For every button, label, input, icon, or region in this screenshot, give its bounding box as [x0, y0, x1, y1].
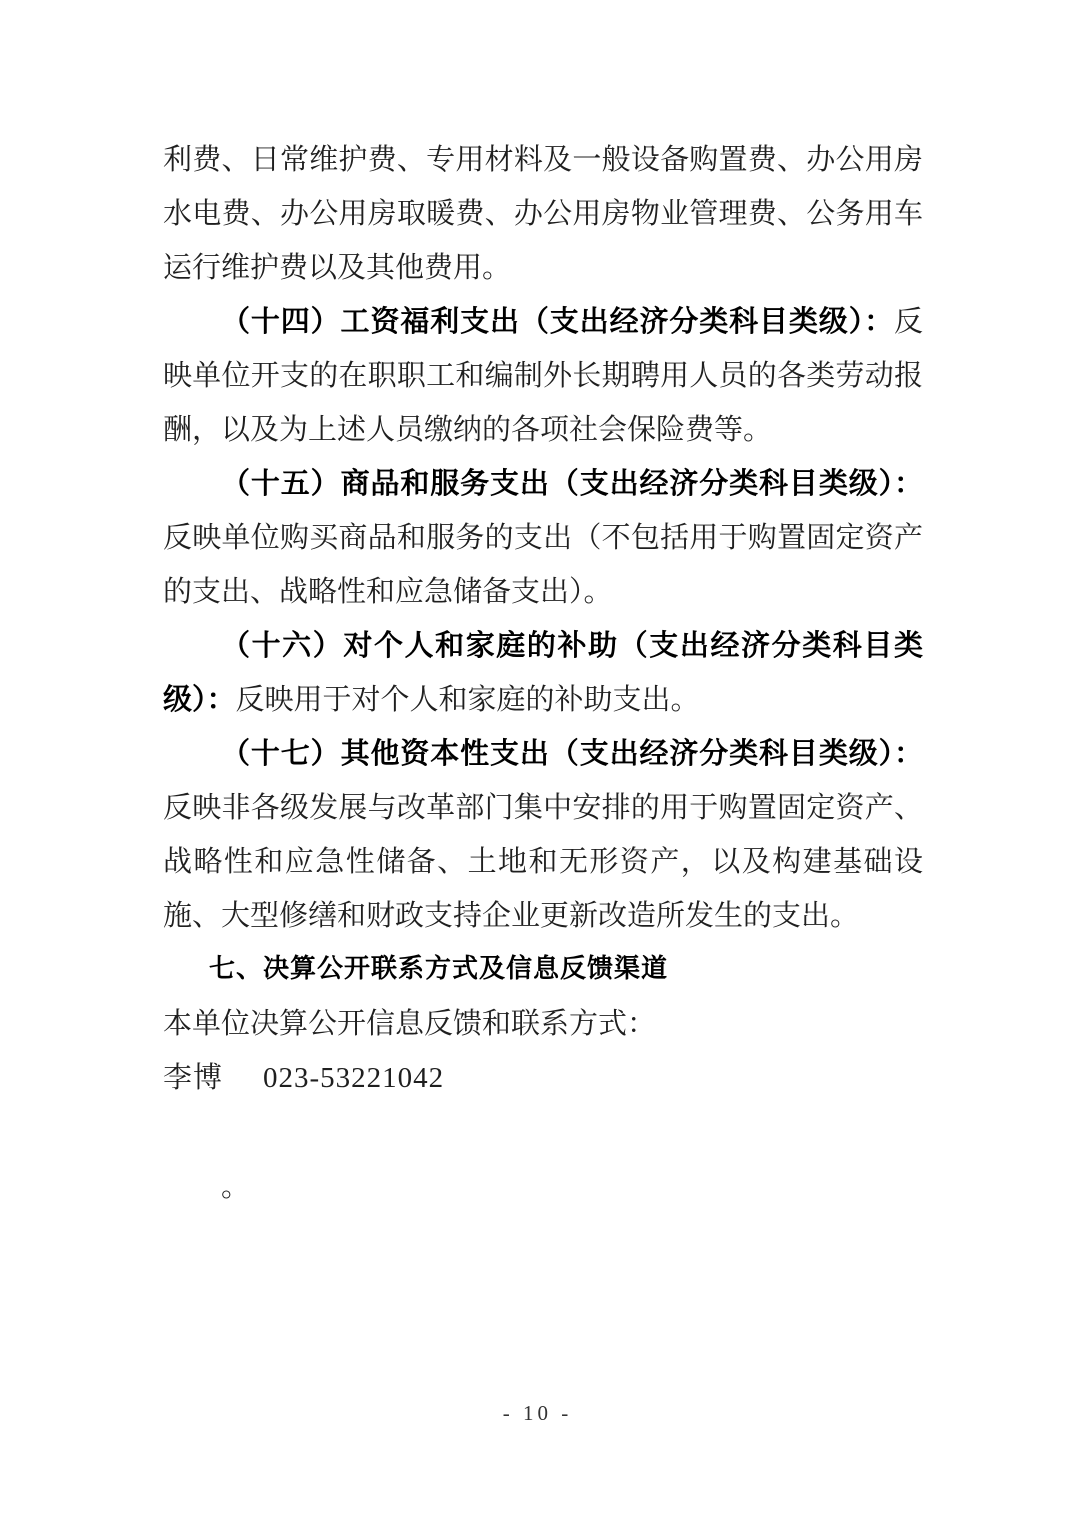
paragraph-expenses-continued: 利费、日常维护费、专用材料及一般设备购置费、办公用房水电费、办公用房取暖费、办公… — [163, 132, 923, 294]
paragraph-item-15-lead: （十五）商品和服务支出（支出经济分类科目类级）： — [221, 466, 923, 500]
paragraph-item-17-lead: （十七）其他资本性支出（支出经济分类科目类级）： — [221, 736, 923, 770]
paragraph-item-17-text: 反映非各级发展与改革部门集中安排的用于购置固定资产、战略性和应急性储备、土地和无… — [163, 790, 923, 932]
document-page: 利费、日常维护费、专用材料及一般设备购置费、办公用房水电费、办公用房取暖费、办公… — [0, 0, 1075, 1520]
document-content: 利费、日常维护费、专用材料及一般设备购置费、办公用房水电费、办公用房取暖费、办公… — [163, 132, 923, 1213]
section-heading-7: 七、决算公开联系方式及信息反馈渠道 — [163, 942, 923, 996]
page-number: - 10 - — [0, 1400, 1075, 1426]
paragraph-item-17: （十七）其他资本性支出（支出经济分类科目类级）：反映非各级发展与改革部门集中安排… — [163, 726, 923, 942]
orphan-period: 。 — [163, 1159, 923, 1213]
contact-name: 李博 — [163, 1060, 223, 1094]
paragraph-expenses-continued-text: 利费、日常维护费、专用材料及一般设备购置费、办公用房水电费、办公用房取暖费、办公… — [163, 142, 923, 284]
paragraph-item-15: （十五）商品和服务支出（支出经济分类科目类级）：反映单位购买商品和服务的支出（不… — [163, 456, 923, 618]
paragraph-item-16-text: 反映用于对个人和家庭的补助支出。 — [236, 682, 700, 716]
paragraph-item-16: （十六）对个人和家庭的补助（支出经济分类科目类级）：反映用于对个人和家庭的补助支… — [163, 618, 923, 726]
contact-phone: 023-53221042 — [223, 1062, 444, 1094]
blank-line — [163, 1105, 923, 1159]
paragraph-item-14: （十四）工资福利支出（支出经济分类科目类级）：反映单位开支的在职职工和编制外长期… — [163, 294, 923, 456]
contact-line: 李博023-53221042 — [163, 1050, 923, 1105]
contact-intro: 本单位决算公开信息反馈和联系方式： — [163, 996, 923, 1050]
paragraph-item-15-text: 反映单位购买商品和服务的支出（不包括用于购置固定资产的支出、战略性和应急储备支出… — [163, 520, 923, 608]
paragraph-item-14-lead: （十四）工资福利支出（支出经济分类科目类级）： — [221, 304, 894, 338]
